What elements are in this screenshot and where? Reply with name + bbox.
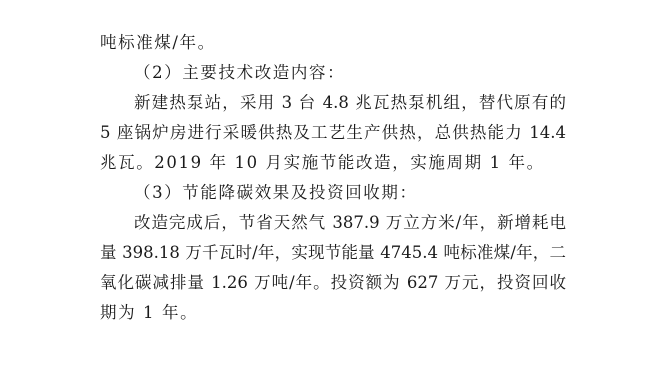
text-line-continuation: 吨标准煤/年。 <box>100 28 566 58</box>
paragraph-line: 改造完成后，节省天然气 387.9 万立方米/年，新增耗电 <box>100 208 566 238</box>
section-heading-2: （2）主要技术改造内容： <box>100 58 566 88</box>
section-heading-3: （3）节能降碳效果及投资回收期： <box>100 178 566 208</box>
paragraph-line: 量 398.18 万千瓦时/年，实现节能量 4745.4 吨标准煤/年，二 <box>100 238 566 268</box>
paragraph-line: 期为 1 年。 <box>100 298 566 328</box>
paragraph-line: 氧化碳减排量 1.26 万吨/年。投资额为 627 万元，投资回收 <box>100 268 566 298</box>
paragraph-line: 5 座锅炉房进行采暖供热及工艺生产供热，总供热能力 14.4 <box>100 118 566 148</box>
document-page: 吨标准煤/年。 （2）主要技术改造内容： 新建热泵站，采用 3 台 4.8 兆瓦… <box>100 28 566 328</box>
paragraph-line: 新建热泵站，采用 3 台 4.8 兆瓦热泵机组，替代原有的 <box>100 88 566 118</box>
paragraph-line: 兆瓦。2019 年 10 月实施节能改造，实施周期 1 年。 <box>100 148 566 178</box>
